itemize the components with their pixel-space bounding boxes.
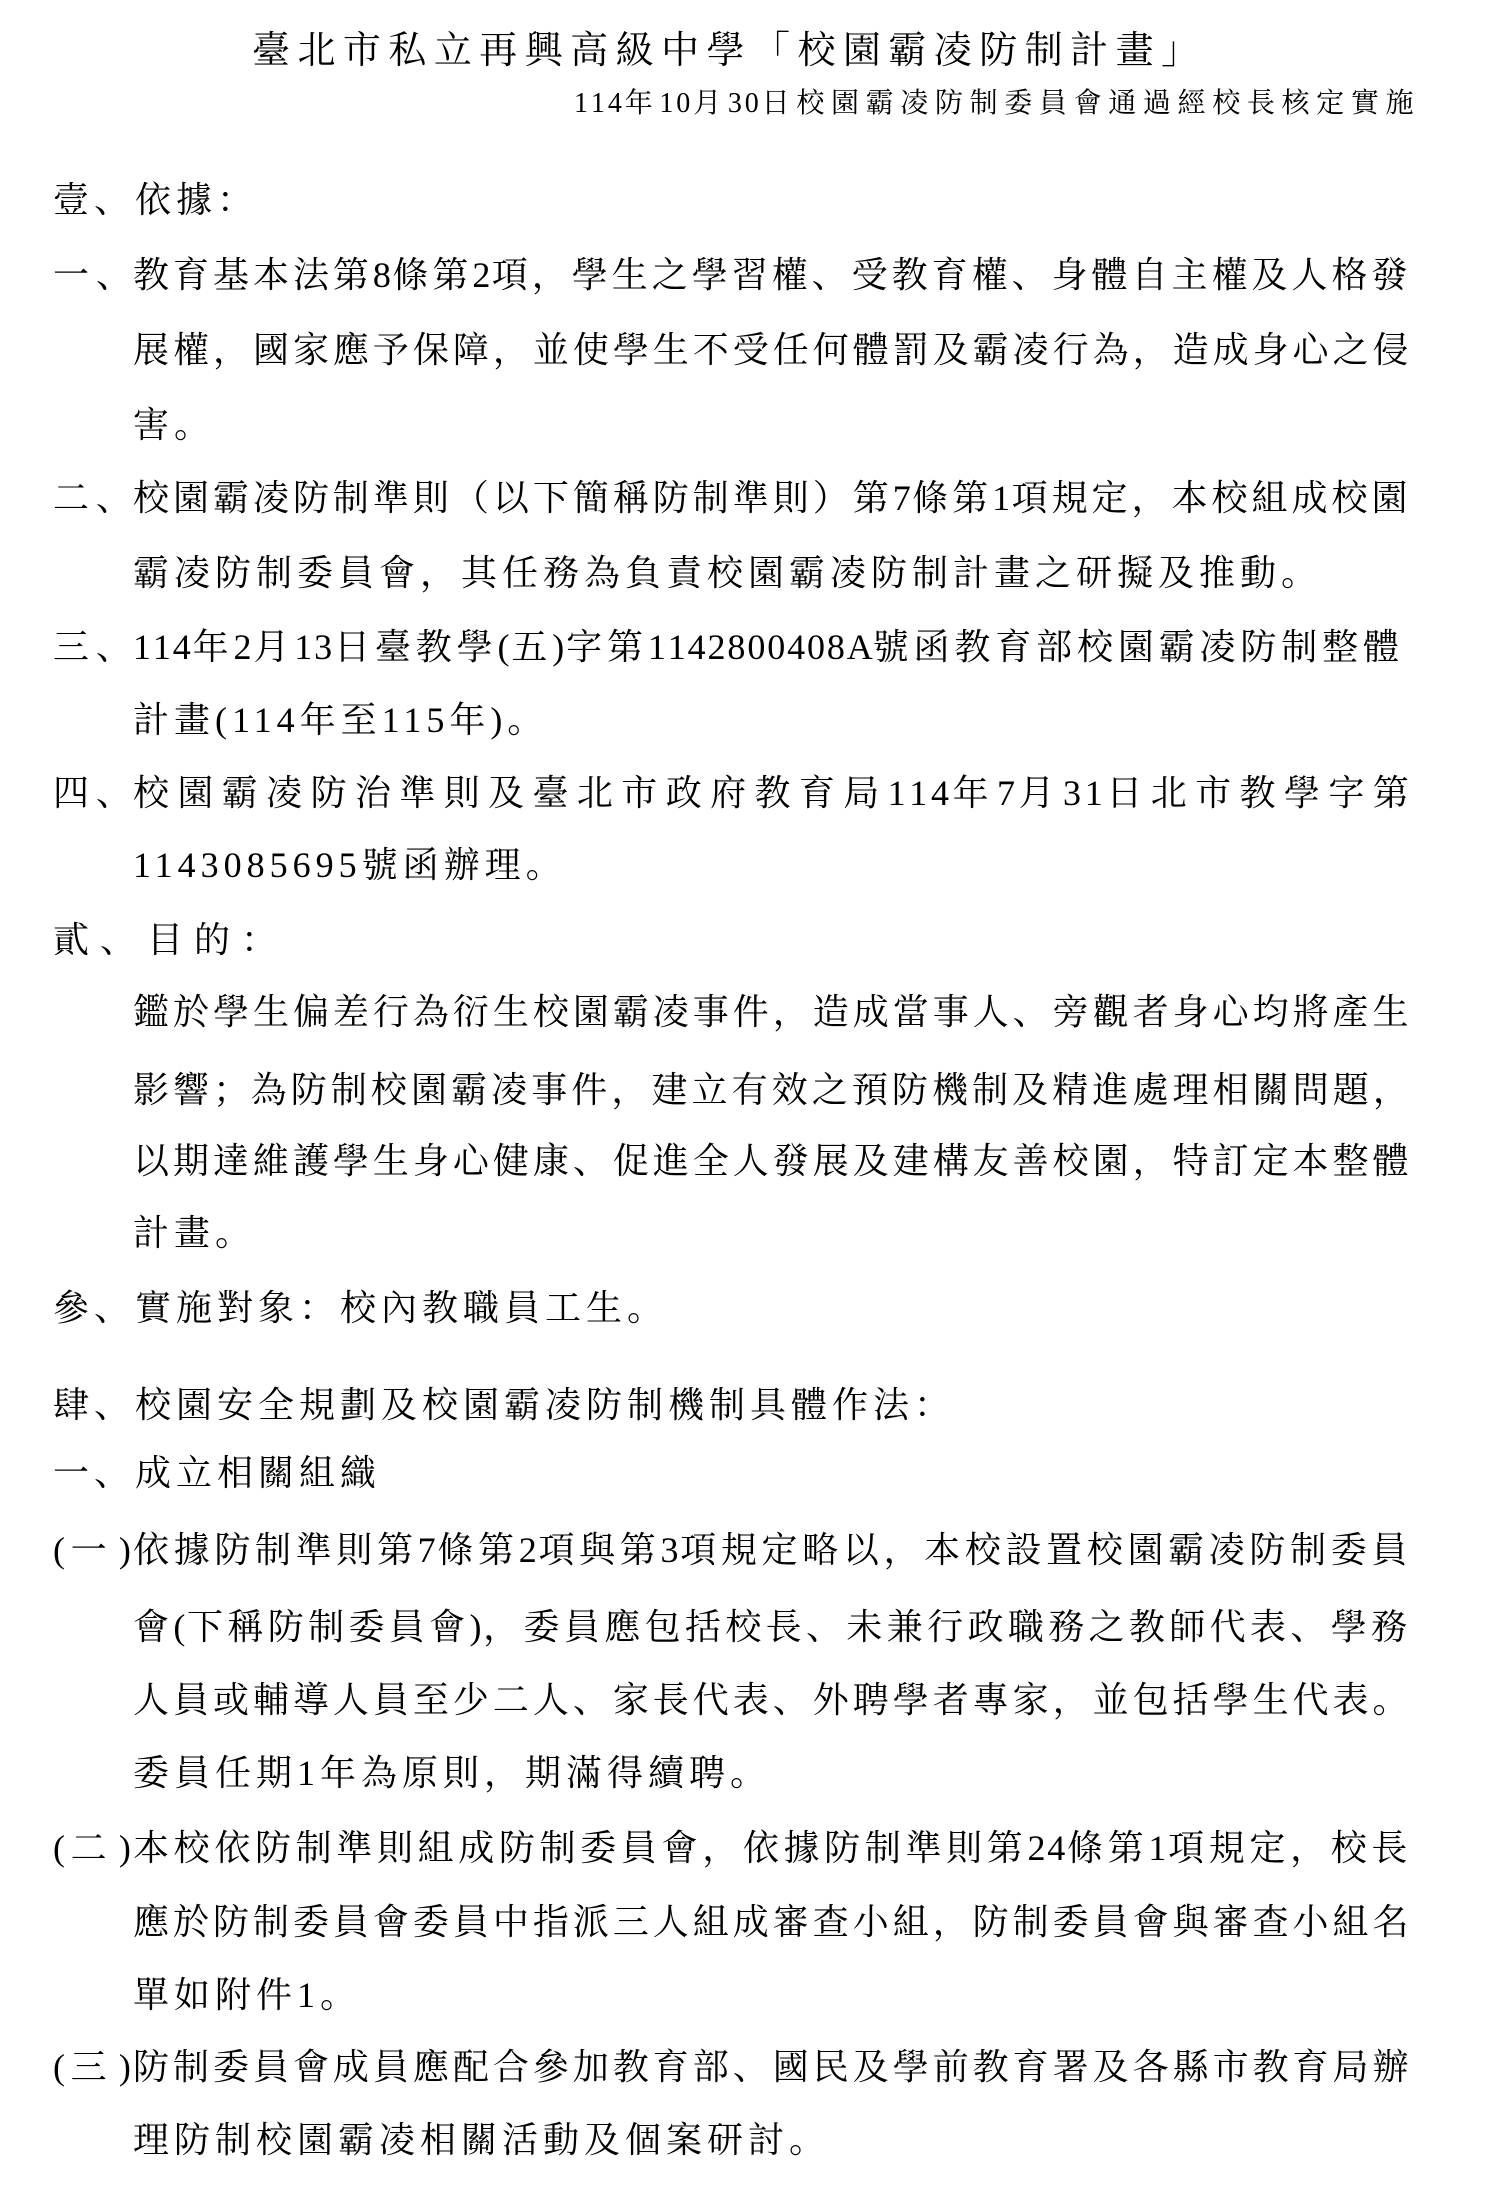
item-marker: 四 、 — [53, 773, 133, 813]
paragraph-line: 校 園 霸 凌 防 制 準 則 （ 以 下 簡 稱 防 制 準 則 ） 第 7 … — [133, 478, 1442, 518]
paragraph-line: 霸凌防制委員會，其任務為負責校園霸凌防制計畫之研擬及推動。 — [133, 553, 1322, 593]
paragraph-line: 人 員 或 輔 導 人 員 至 少 二 人 、 家 長 代 表 、 外 聘 學 … — [133, 1680, 1442, 1720]
section-heading-purpose: 貳、目的： — [53, 920, 288, 960]
document-subtitle: 1 1 4 年 1 0 月 3 0 日 校 園 霸 凌 防 制 委 員 會 通 … — [574, 84, 1436, 124]
paragraph-line: 理防制校園霸凌相關活動及個案研討。 — [133, 2120, 830, 2160]
item-marker: 三 、 — [53, 627, 133, 667]
paragraph-line: 委員任期1年為原則，期滿得續聘。 — [133, 1753, 771, 1793]
paragraph-line: 教 育 基 本 法 第 8 條 第 2 項 ， 學 生 之 學 習 權 、 受 … — [133, 255, 1442, 295]
item-marker: ( 三 ) — [53, 2047, 133, 2087]
paragraph-line: 以 期 達 維 護 學 生 身 心 健 康 、 促 進 全 人 發 展 及 建 … — [133, 1141, 1442, 1181]
section-heading-target: 參、實施對象：校內教職員工生。 — [53, 1288, 668, 1328]
section-heading-basis: 壹、依據： — [53, 180, 258, 220]
subsection-heading-organization: 一、成立相關組織 — [53, 1453, 381, 1493]
section-heading-measures: 肆、校園安全規劃及校園霸凌防制機制具體作法： — [53, 1385, 955, 1425]
paragraph-line: 會 ( 下 稱 防 制 委 員 會 ) ， 委 員 應 包 括 校 長 、 未 … — [133, 1607, 1442, 1647]
paragraph-line: 單如附件1。 — [133, 1975, 361, 2015]
paragraph-line: 校 園 霸 凌 防 治 準 則 及 臺 北 市 政 府 教 育 局 1 1 4 … — [133, 773, 1442, 813]
item-marker: 一 、 — [53, 255, 133, 295]
paragraph-line: 鑑 於 學 生 偏 差 行 為 衍 生 校 園 霸 凌 事 件 ， 造 成 當 … — [133, 992, 1442, 1032]
paragraph-line: 本 校 依 防 制 準 則 組 成 防 制 委 員 會 ， 依 據 防 制 準 … — [133, 1828, 1442, 1868]
paragraph-line: 應 於 防 制 委 員 會 委 員 中 指 派 三 人 組 成 審 查 小 組 … — [133, 1902, 1442, 1942]
paragraph-line: 1143085695號函辦理。 — [133, 845, 567, 885]
paragraph-line: 1 1 4 年 2 月 1 3 日 臺 教 學 ( 五 ) 字 第 1 1 4 … — [133, 627, 1442, 667]
item-marker: ( 一 ) — [53, 1530, 133, 1570]
paragraph-line: 影 響 ； 為 防 制 校 園 霸 凌 事 件 ， 建 立 有 效 之 預 防 … — [133, 1070, 1442, 1110]
paragraph-line: 展 權 ， 國 家 應 予 保 障 ， 並 使 學 生 不 受 任 何 體 罰 … — [133, 330, 1442, 370]
paragraph-line: 害。 — [133, 405, 215, 445]
item-marker: ( 二 ) — [53, 1828, 133, 1868]
paragraph-line: 計畫(114年至115年)。 — [133, 700, 548, 740]
document-title: 臺 北 市 私 立 再 興 高 級 中 學 「 校 園 霸 凌 防 制 計 畫 … — [252, 26, 1222, 76]
item-marker: 二 、 — [53, 478, 133, 518]
paragraph-line: 依 據 防 制 準 則 第 7 條 第 2 項 與 第 3 項 規 定 略 以 … — [133, 1530, 1442, 1570]
paragraph-line: 防 制 委 員 會 成 員 應 配 合 參 加 教 育 部 、 國 民 及 學 … — [133, 2047, 1442, 2087]
paragraph-line: 計畫。 — [133, 1213, 256, 1253]
